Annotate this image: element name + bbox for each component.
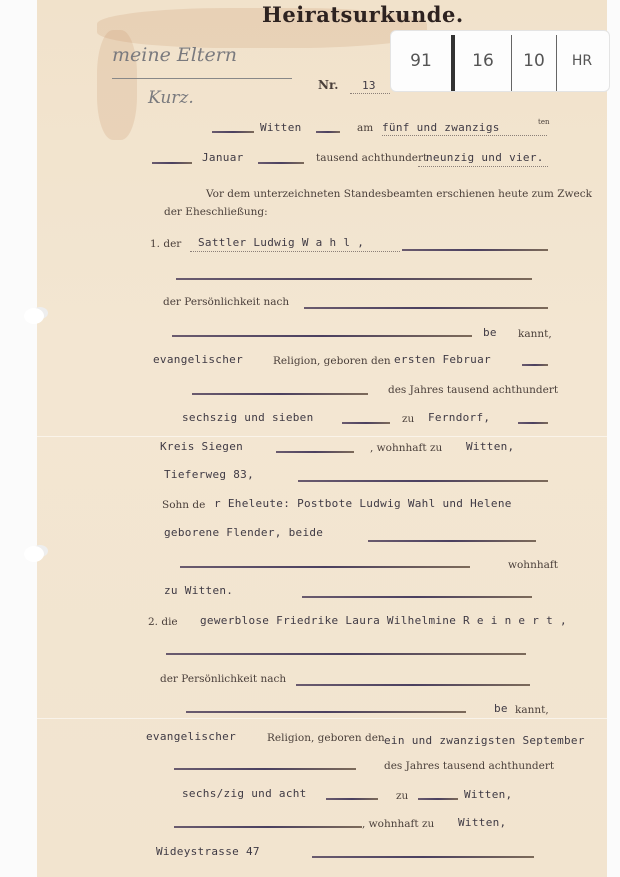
- person1-parents-line2: geborene Flender, beide: [164, 526, 323, 539]
- person2-year-label: des Jahres tausend achthundert: [384, 760, 554, 772]
- person1-religion: evangelischer: [153, 353, 243, 366]
- blank-line: [316, 131, 340, 133]
- person1-address: Tieferweg 83,: [164, 468, 254, 481]
- person1-parents-residence: zu Witten.: [164, 584, 233, 597]
- blank-line: [174, 826, 362, 828]
- blank-line: [296, 684, 530, 686]
- blank-line: [152, 162, 192, 164]
- blank-line: [304, 307, 548, 309]
- month: Januar: [202, 151, 244, 164]
- person1-birth-day: ersten Februar: [394, 353, 491, 366]
- fill-dots: [382, 135, 547, 136]
- person1-religion-label: Religion, geboren den: [273, 355, 391, 367]
- paper-fold: [37, 718, 607, 719]
- paper-fold: [37, 436, 607, 437]
- blank-line: [186, 711, 466, 713]
- archive-cell: 10: [512, 31, 556, 91]
- blank-line: [418, 798, 458, 800]
- blank-line: [402, 249, 548, 251]
- person2-identity-label: der Persönlichkeit nach: [160, 673, 286, 685]
- blank-line: [172, 335, 472, 337]
- blank-line: [368, 540, 536, 542]
- punch-hole: [24, 308, 44, 324]
- person2-name: gewerblose Friedrike Laura Wilhelmine R …: [200, 614, 567, 627]
- year: neunzig und vier.: [426, 151, 544, 164]
- fill-dots: [418, 166, 548, 167]
- person2-religion: evangelischer: [146, 730, 236, 743]
- blank-line: [518, 422, 548, 424]
- blank-line: [180, 566, 470, 568]
- blank-line: [174, 768, 356, 770]
- day-suffix: ten: [538, 118, 549, 126]
- blank-line: [298, 480, 548, 482]
- person1-known-suffix: kannt,: [518, 328, 552, 340]
- blank-line: [342, 422, 390, 424]
- archive-label: 91 16 10 HR: [390, 30, 610, 92]
- person1-known-prefix: be: [483, 326, 497, 339]
- year-prefix: tausend achthundert: [316, 152, 427, 164]
- person1-residence: Witten,: [466, 440, 514, 453]
- person2-known-suffix: kannt,: [515, 704, 549, 716]
- blank-line: [166, 653, 526, 655]
- person2-birth-day: ein und zwanzigsten September: [384, 734, 585, 747]
- person1-birth-place: Ferndorf,: [428, 411, 490, 424]
- blank-line: [312, 856, 534, 858]
- punch-hole: [24, 546, 44, 562]
- person1-name: Sattler Ludwig W a h l ,: [198, 236, 364, 249]
- person2-residence-label: , wohnhaft zu: [362, 818, 434, 830]
- blank-line: [258, 162, 304, 164]
- am-label: am: [357, 122, 373, 134]
- number-label: Nr.: [318, 78, 338, 92]
- document-title: Heiratsurkunde.: [262, 2, 464, 27]
- handwritten-note-2: Kurz.: [148, 88, 194, 108]
- person1-identity-label: der Persönlichkeit nach: [163, 296, 289, 308]
- blank-line: [326, 798, 378, 800]
- person1-residence-label: , wohnhaft zu: [370, 442, 442, 454]
- person2-prefix: 2. die: [148, 616, 178, 628]
- archive-cell: HR: [557, 31, 607, 91]
- person1-birth-place-label: zu: [402, 413, 414, 425]
- intro-line-1: Vor dem unterzeichneten Standesbeamten e…: [206, 188, 592, 200]
- person2-religion-label: Religion, geboren den: [267, 732, 385, 744]
- blank-line: [192, 393, 368, 395]
- person1-parents-line1: r Eheleute: Postbote Ludwig Wahl und Hel…: [214, 497, 512, 510]
- person2-birth-place-label: zu: [396, 790, 408, 802]
- certificate-number: 13: [362, 79, 376, 92]
- person1-birth-year: sechszig und sieben: [182, 411, 314, 424]
- person1-parents-label: Sohn de: [162, 499, 205, 511]
- fill-dots: [350, 93, 390, 94]
- person2-residence: Witten,: [458, 816, 506, 829]
- handwritten-underline: [112, 78, 292, 79]
- person2-birth-place: Witten,: [464, 788, 512, 801]
- person2-address: Wideystrasse 47: [156, 845, 260, 858]
- person2-birth-year: sechs/zig und acht: [182, 787, 307, 800]
- intro-line-2: der Eheschließung:: [164, 206, 268, 218]
- person2-known-prefix: be: [494, 702, 508, 715]
- blank-line: [212, 131, 254, 133]
- fill-dots: [190, 251, 400, 252]
- person1-district: Kreis Siegen: [160, 440, 243, 453]
- person1-prefix: 1. der: [150, 238, 181, 250]
- blank-line: [176, 278, 532, 280]
- day: fünf und zwanzigs: [382, 121, 500, 134]
- person1-year-label: des Jahres tausend achthundert: [388, 384, 558, 396]
- archive-cell: 16: [455, 31, 511, 91]
- handwritten-note: meine Eltern: [112, 44, 237, 66]
- blank-line: [522, 364, 548, 366]
- blank-line: [302, 596, 532, 598]
- place: Witten: [260, 121, 302, 134]
- archive-cell: 91: [391, 31, 451, 91]
- blank-line: [276, 451, 354, 453]
- person1-parents-residence-label: wohnhaft: [508, 559, 558, 571]
